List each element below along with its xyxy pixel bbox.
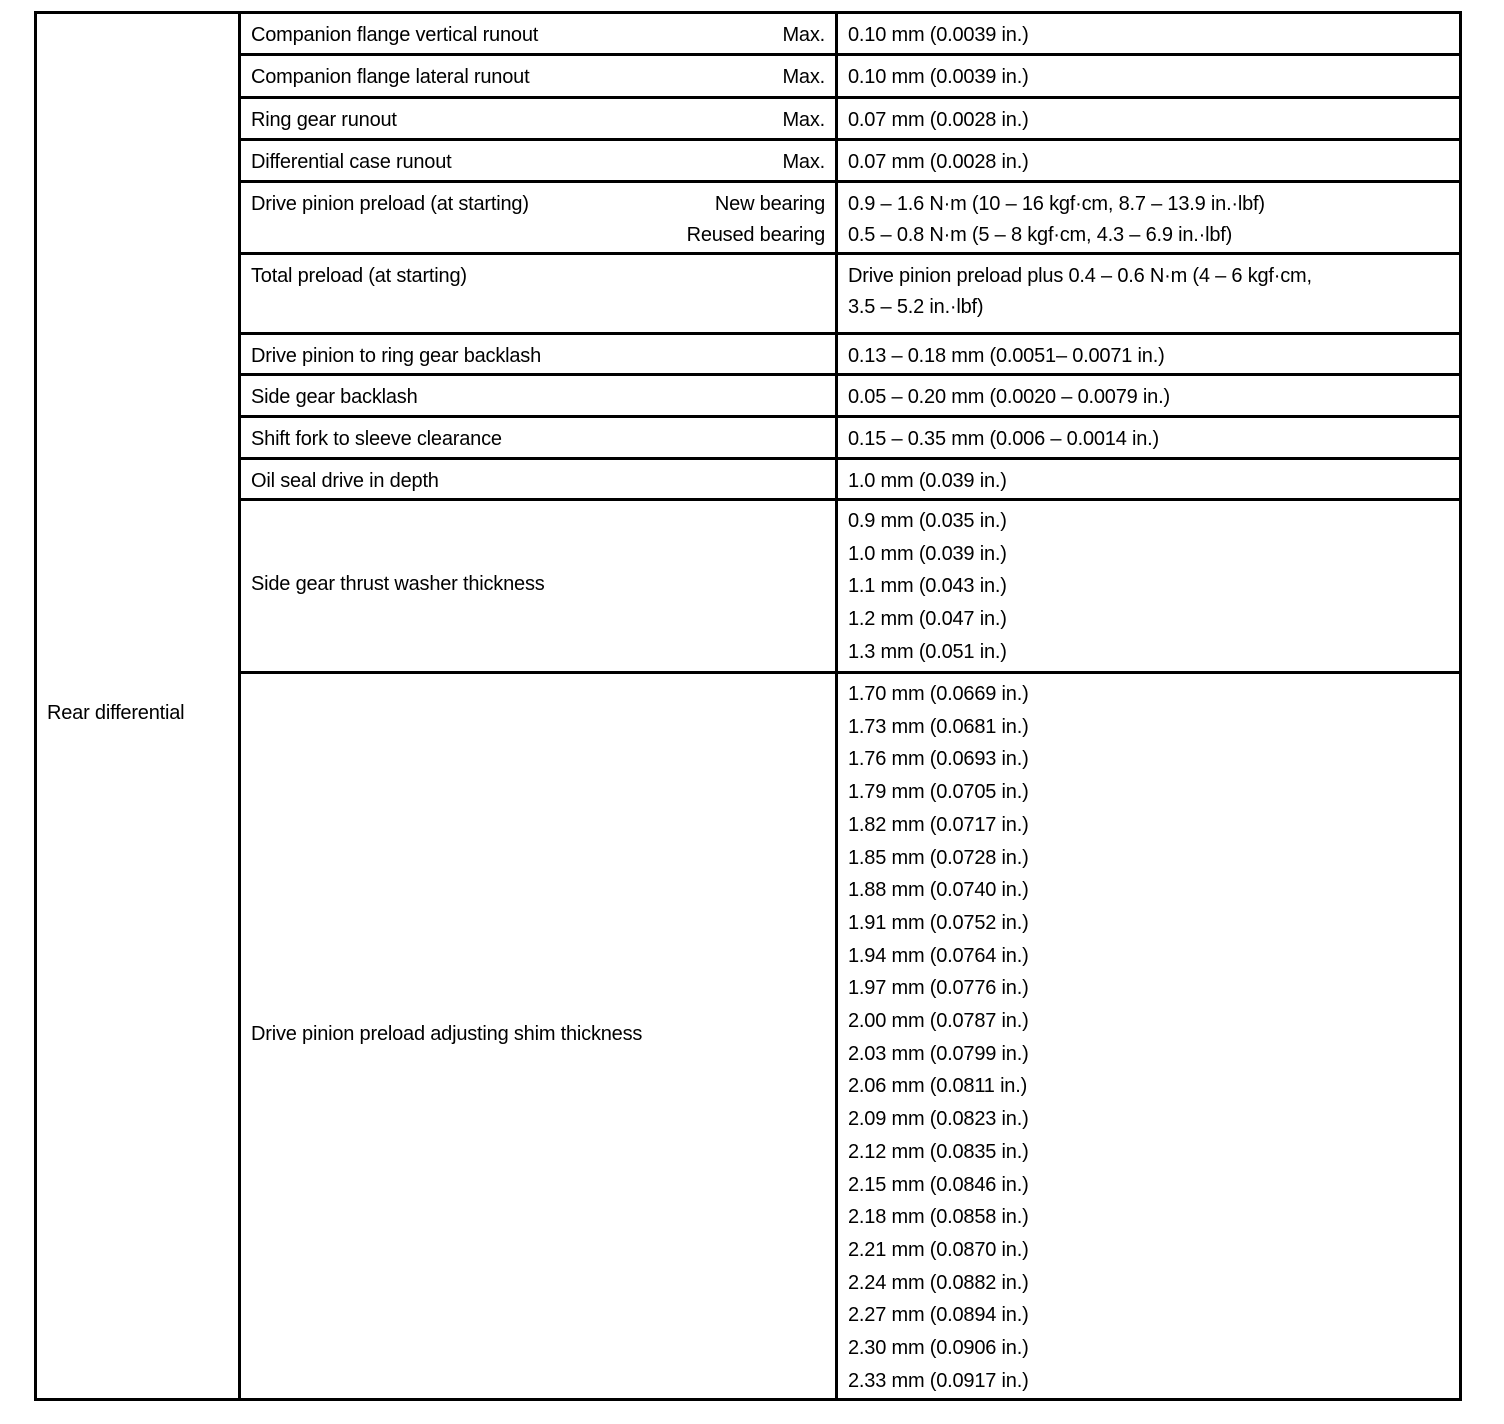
spec-value: 1.0 mm (0.039 in.) <box>848 471 1007 491</box>
spec-value: 2.18 mm (0.0858 in.) <box>848 1207 1029 1227</box>
row-divider <box>238 415 1462 418</box>
spec-item-label: Side gear backlash <box>251 387 418 407</box>
spec-value: 1.3 mm (0.051 in.) <box>848 642 1007 662</box>
spec-value: 1.94 mm (0.0764 in.) <box>848 946 1029 966</box>
row-divider <box>238 671 1462 674</box>
spec-item-label: Drive pinion preload (at starting) <box>251 194 529 214</box>
spec-value: 2.12 mm (0.0835 in.) <box>848 1142 1029 1162</box>
spec-item-label: Drive pinion preload adjusting shim thic… <box>251 1024 642 1044</box>
spec-value: 2.15 mm (0.0846 in.) <box>848 1175 1029 1195</box>
spec-value: 1.91 mm (0.0752 in.) <box>848 913 1029 933</box>
spec-value: 1.79 mm (0.0705 in.) <box>848 782 1029 802</box>
spec-value: 1.73 mm (0.0681 in.) <box>848 717 1029 737</box>
spec-qualifier: Reused bearing <box>687 225 825 245</box>
spec-item-label: Companion flange lateral runout <box>251 67 529 87</box>
spec-value: 2.21 mm (0.0870 in.) <box>848 1240 1029 1260</box>
row-divider <box>238 332 1462 335</box>
spec-qualifier: New bearing <box>715 194 825 214</box>
spec-item-label: Side gear thrust washer thickness <box>251 574 545 594</box>
spec-qualifier: Max. <box>782 25 825 45</box>
spec-item-label: Ring gear runout <box>251 110 397 130</box>
row-divider <box>238 252 1462 255</box>
spec-value: 1.2 mm (0.047 in.) <box>848 609 1007 629</box>
spec-value: 0.07 mm (0.0028 in.) <box>848 152 1029 172</box>
spec-value: 0.05 – 0.20 mm (0.0020 – 0.0079 in.) <box>848 387 1170 407</box>
row-divider <box>238 53 1462 56</box>
spec-value: 0.10 mm (0.0039 in.) <box>848 25 1029 45</box>
spec-item-label: Shift fork to sleeve clearance <box>251 429 502 449</box>
spec-value: 2.24 mm (0.0882 in.) <box>848 1273 1029 1293</box>
spec-qualifier: Max. <box>782 110 825 130</box>
spec-value: Drive pinion preload plus 0.4 – 0.6 N·m … <box>848 266 1312 286</box>
spec-value: 3.5 – 5.2 in.·lbf) <box>848 297 983 317</box>
spec-value: 0.9 – 1.6 N·m (10 – 16 kgf·cm, 8.7 – 13.… <box>848 194 1265 214</box>
row-divider <box>238 457 1462 460</box>
spec-value: 0.15 – 0.35 mm (0.006 – 0.0014 in.) <box>848 429 1159 449</box>
spec-qualifier: Max. <box>782 67 825 87</box>
row-divider <box>238 498 1462 501</box>
spec-item-label: Drive pinion to ring gear backlash <box>251 346 541 366</box>
spec-value: 0.10 mm (0.0039 in.) <box>848 67 1029 87</box>
spec-value: 1.88 mm (0.0740 in.) <box>848 880 1029 900</box>
spec-item-label: Companion flange vertical runout <box>251 25 538 45</box>
spec-value: 1.0 mm (0.039 in.) <box>848 544 1007 564</box>
spec-value: 0.5 – 0.8 N·m (5 – 8 kgf·cm, 4.3 – 6.9 i… <box>848 225 1232 245</box>
column-divider-value <box>835 11 838 1401</box>
group-label: Rear differential <box>47 703 184 723</box>
spec-value: 2.03 mm (0.0799 in.) <box>848 1044 1029 1064</box>
spec-value: 2.30 mm (0.0906 in.) <box>848 1338 1029 1358</box>
spec-qualifier: Max. <box>782 152 825 172</box>
spec-item-label: Differential case runout <box>251 152 452 172</box>
row-divider <box>238 180 1462 183</box>
spec-value: 2.09 mm (0.0823 in.) <box>848 1109 1029 1129</box>
spec-value: 2.33 mm (0.0917 in.) <box>848 1371 1029 1391</box>
spec-value: 1.76 mm (0.0693 in.) <box>848 749 1029 769</box>
spec-item-label: Total preload (at starting) <box>251 266 467 286</box>
spec-table <box>34 11 1462 1401</box>
spec-value: 2.06 mm (0.0811 in.) <box>848 1076 1027 1096</box>
row-divider <box>238 96 1462 99</box>
spec-value: 0.07 mm (0.0028 in.) <box>848 110 1029 130</box>
spec-value: 1.82 mm (0.0717 in.) <box>848 815 1029 835</box>
row-divider <box>238 373 1462 376</box>
spec-value: 0.9 mm (0.035 in.) <box>848 511 1007 531</box>
spec-value: 1.1 mm (0.043 in.) <box>848 576 1007 596</box>
column-divider-item <box>238 11 241 1401</box>
spec-value: 2.00 mm (0.0787 in.) <box>848 1011 1029 1031</box>
spec-item-label: Oil seal drive in depth <box>251 471 439 491</box>
row-divider <box>238 138 1462 141</box>
spec-value: 1.70 mm (0.0669 in.) <box>848 684 1029 704</box>
spec-value: 1.97 mm (0.0776 in.) <box>848 978 1029 998</box>
spec-value: 1.85 mm (0.0728 in.) <box>848 848 1029 868</box>
spec-value: 2.27 mm (0.0894 in.) <box>848 1305 1029 1325</box>
spec-value: 0.13 – 0.18 mm (0.0051– 0.0071 in.) <box>848 346 1165 366</box>
